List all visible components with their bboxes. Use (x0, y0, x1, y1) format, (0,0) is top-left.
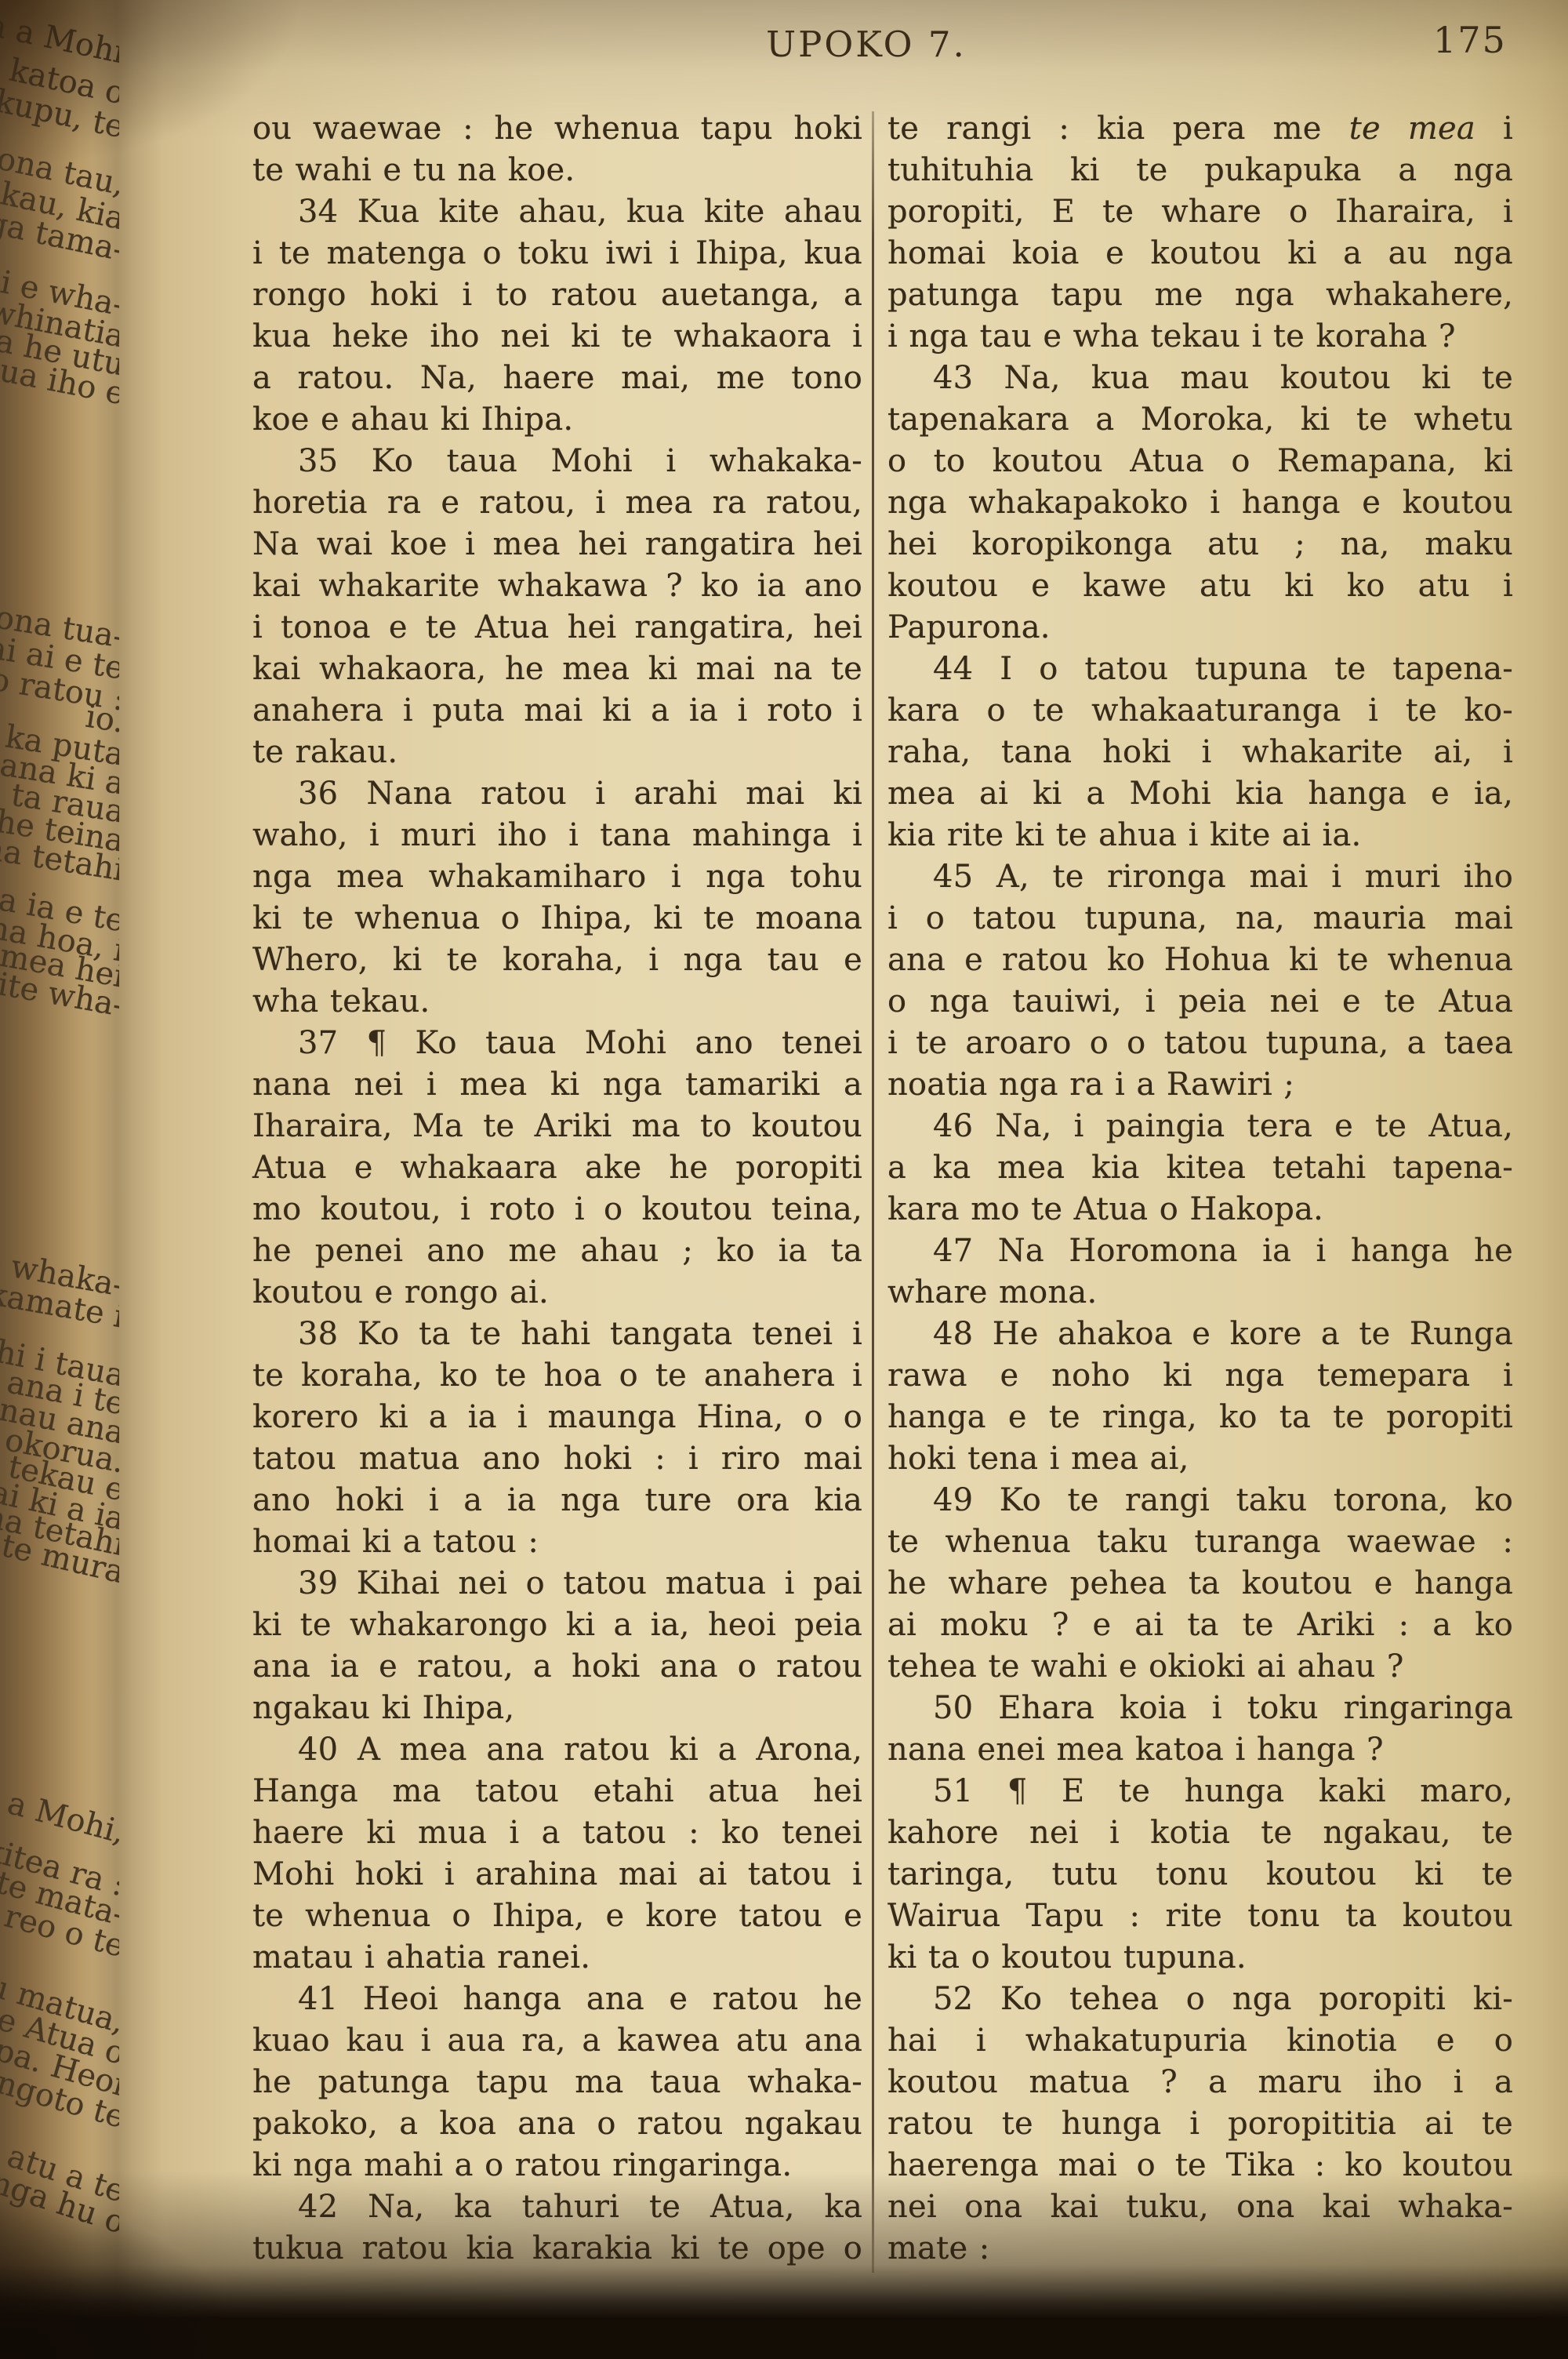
text-line: ratou te hunga i poropititia ai te (887, 2103, 1513, 2145)
text-line: 40 A mea ana ratou ki a Arona, (252, 1729, 862, 1771)
text-line: kuao kau i aua ra, a kawea atu ana (252, 2020, 862, 2062)
text-line: 36 Nana ratou i arahi mai ki (252, 773, 862, 815)
text-line: koutou e rongo ai. (252, 1272, 862, 1314)
text-line: 44 I o tatou tupuna te tapena- (887, 649, 1513, 690)
text-line: nga mea whakamiharo i nga tohu (252, 856, 862, 898)
text-line: nana nei i mea ki nga tamariki a (252, 1064, 862, 1106)
text-line: 35 Ko taua Mohi i whakaka- (252, 441, 862, 482)
text-line: 51 ¶ E te hunga kaki maro, (887, 1771, 1513, 1812)
page-number: 175 (1433, 19, 1535, 61)
text-line: hoki tena i mea ai, (887, 1438, 1513, 1480)
text-line: wha tekau. (252, 981, 862, 1023)
text-line: i tonoa e te Atua hei rangatira, hei (252, 607, 862, 649)
text-line: Mohi hoki i arahina mai ai tatou i (252, 1854, 862, 1896)
text-line: 39 Kihai nei o tatou matua i pai (252, 1563, 862, 1605)
text-line: hei koropikonga atu ; na, maku (887, 524, 1513, 565)
text-line: 45 A, te rironga mai i muri iho (887, 856, 1513, 898)
text-line: homai koia e koutou ki a au nga (887, 233, 1513, 274)
text-line: hanga e te ringa, ko ta te poropiti (887, 1397, 1513, 1438)
text-line: 42 Na, ka tahuri te Atua, ka (252, 2186, 862, 2228)
adjacent-page-fragments: kona a Mohiohio katoa oa te kupu, teekau… (0, 0, 119, 2359)
text-line: hai i whakatupuria kinotia e o (887, 2020, 1513, 2062)
text-line: mo koutou, i roto i o koutou teina, (252, 1189, 862, 1230)
text-line: ngakau ki Ihipa, (252, 1688, 862, 1729)
text-line: mate : (887, 2228, 1513, 2270)
text-line: nei ona kai tuku, ona kai whaka- (887, 2186, 1513, 2228)
text-line: i te matenga o toku iwi i Ihipa, kua (252, 233, 862, 274)
text-line: kara o te whakaaturanga i te ko- (887, 690, 1513, 732)
text-line: o nga tauiwi, i peia nei e te Atua (887, 981, 1513, 1023)
text-line: he whare pehea ta koutou e hanga (887, 1563, 1513, 1605)
text-line: kara mo te Atua o Hakopa. (887, 1189, 1513, 1230)
text-line: tatou matua ano hoki : i riro mai (252, 1438, 862, 1480)
book-page-photo: kona a Mohiohio katoa oa te kupu, teekau… (0, 0, 1568, 2359)
text-line: te rangi : kia pera me te mea i (887, 108, 1513, 150)
text-line: ana ia e ratou, a hoki ana o ratou (252, 1646, 862, 1688)
text-line: Na wai koe i mea hei rangatira hei (252, 524, 862, 565)
text-line: o to koutou Atua o Remapana, ki (887, 441, 1513, 482)
text-line: nana enei mea katoa i hanga ? (887, 1729, 1513, 1771)
text-line: he patunga tapu ma taua whaka- (252, 2062, 862, 2103)
text-line: kia rite ki te ahua i kite ai ia. (887, 815, 1513, 856)
text-line: homai ki a tatou : (252, 1521, 862, 1563)
text-line: te rakau. (252, 732, 862, 773)
text-line: a ratou. Na, haere mai, me tono (252, 358, 862, 399)
text-line: horetia ra e ratou, i mea ra ratou, (252, 482, 862, 524)
text-line: ou waewae : he whenua tapu hoki (252, 108, 862, 150)
text-line: pakoko, a koa ana o ratou ngakau (252, 2103, 862, 2145)
text-line: kahore nei i kotia te ngakau, te (887, 1812, 1513, 1854)
text-column-right: te rangi : kia pera me te mea ituhituhia… (887, 108, 1513, 2270)
text-line: matau i ahatia ranei. (252, 1937, 862, 1979)
text-line: 48 He ahakoa e kore a te Runga (887, 1314, 1513, 1355)
text-line: whare mona. (887, 1272, 1513, 1314)
text-line: haerenga mai o te Tika : ko koutou (887, 2145, 1513, 2186)
text-line: Whero, ki te koraha, i nga tau e (252, 940, 862, 981)
text-line: 41 Heoi hanga ana e ratou he (252, 1979, 862, 2020)
text-line: tuhituhia ki te pukapuka a nga (887, 150, 1513, 191)
text-line: Atua e whakaara ake he poropiti (252, 1147, 862, 1189)
text-line: Wairua Tapu : rite tonu ta koutou (887, 1896, 1513, 1937)
text-line: koutou matua ? a maru iho i a (887, 2062, 1513, 2103)
text-line: nga whakapakoko i hanga e koutou (887, 482, 1513, 524)
text-line: haere ki mua i a tatou : ko tenei (252, 1812, 862, 1854)
text-line: ki nga mahi a o ratou ringaringa. (252, 2145, 862, 2186)
text-line: rawa e noho ki nga temepara i (887, 1355, 1513, 1397)
column-divider-rule (872, 111, 874, 2273)
text-line: Hanga ma tatou etahi atua hei (252, 1771, 862, 1812)
text-line: i te aroaro o o tatou tupuna, a taea (887, 1023, 1513, 1064)
text-line: 47 Na Horomona ia i hanga he (887, 1230, 1513, 1272)
text-line: rongo hoki i to ratou auetanga, a (252, 274, 862, 316)
italic-phrase: te mea (1349, 111, 1475, 147)
text-line: kua heke iho nei ki te whakaora i (252, 316, 862, 358)
text-line: mea ai ki a Mohi kia hanga e ia, (887, 773, 1513, 815)
text-line: tukua ratou kia karakia ki te ope o (252, 2228, 862, 2270)
text-line: te wahi e tu na koe. (252, 150, 862, 191)
text-line: te whenua o Ihipa, e kore tatou e (252, 1896, 862, 1937)
text-line: ano hoki i a ia nga ture ora kia (252, 1480, 862, 1521)
text-line: waho, i muri iho i tana mahinga i (252, 815, 862, 856)
text-line: 50 Ehara koia i toku ringaringa (887, 1688, 1513, 1729)
text-line: kai whakaora, he mea ki mai na te (252, 649, 862, 690)
text-line: te koraha, ko te hoa o te anahera i (252, 1355, 862, 1397)
text-line: i nga tau e wha tekau i te koraha ? (887, 316, 1513, 358)
text-line: Iharaira, Ma te Ariki ma to koutou (252, 1106, 862, 1147)
text-column-left: ou waewae : he whenua tapu hokite wahi e… (252, 108, 862, 2270)
text-line: 46 Na, i paingia tera e te Atua, (887, 1106, 1513, 1147)
text-line: tapenakara a Moroka, ki te whetu (887, 399, 1513, 441)
text-line: 37 ¶ Ko taua Mohi ano tenei (252, 1023, 862, 1064)
text-line: he penei ano me ahau ; ko ia ta (252, 1230, 862, 1272)
text-line: 38 Ko ta te hahi tangata tenei i (252, 1314, 862, 1355)
text-line: tehea te wahi e okioki ai ahau ? (887, 1646, 1513, 1688)
chapter-heading: UPOKO 7. (753, 24, 980, 65)
text-line: anahera i puta mai ki a ia i roto i (252, 690, 862, 732)
text-line: te whenua taku turanga waewae : (887, 1521, 1513, 1563)
text-line: 34 Kua kite ahau, kua kite ahau (252, 191, 862, 233)
text-line: 49 Ko te rangi taku torona, ko (887, 1480, 1513, 1521)
text-line: poropiti, E te whare o Iharaira, i (887, 191, 1513, 233)
text-line: taringa, tutu tonu koutou ki te (887, 1854, 1513, 1896)
text-line: koutou e kawe atu ki ko atu i (887, 565, 1513, 607)
text-line: i o tatou tupuna, na, mauria mai (887, 898, 1513, 940)
text-line: korero ki a ia i maunga Hina, o o (252, 1397, 862, 1438)
text-line: patunga tapu me nga whakahere, (887, 274, 1513, 316)
text-line: ana e ratou ko Hohua ki te whenua (887, 940, 1513, 981)
text-line: kai whakarite whakawa ? ko ia ano (252, 565, 862, 607)
text-line: ki te whakarongo ki a ia, heoi peia (252, 1605, 862, 1646)
text-line: noatia nga ra i a Rawiri ; (887, 1064, 1513, 1106)
text-line: ki te whenua o Ihipa, ki te moana (252, 898, 862, 940)
text-line: 43 Na, kua mau koutou ki te (887, 358, 1513, 399)
text-line: koe e ahau ki Ihipa. (252, 399, 862, 441)
text-line: Papurona. (887, 607, 1513, 649)
text-line: ki ta o koutou tupuna. (887, 1937, 1513, 1979)
text-line: a ka mea kia kitea tetahi tapena- (887, 1147, 1513, 1189)
text-line: ai moku ? e ai ta te Ariki : a ko (887, 1605, 1513, 1646)
text-line: raha, tana hoki i whakarite ai, i (887, 732, 1513, 773)
text-line: 52 Ko tehea o nga poropiti ki- (887, 1979, 1513, 2020)
